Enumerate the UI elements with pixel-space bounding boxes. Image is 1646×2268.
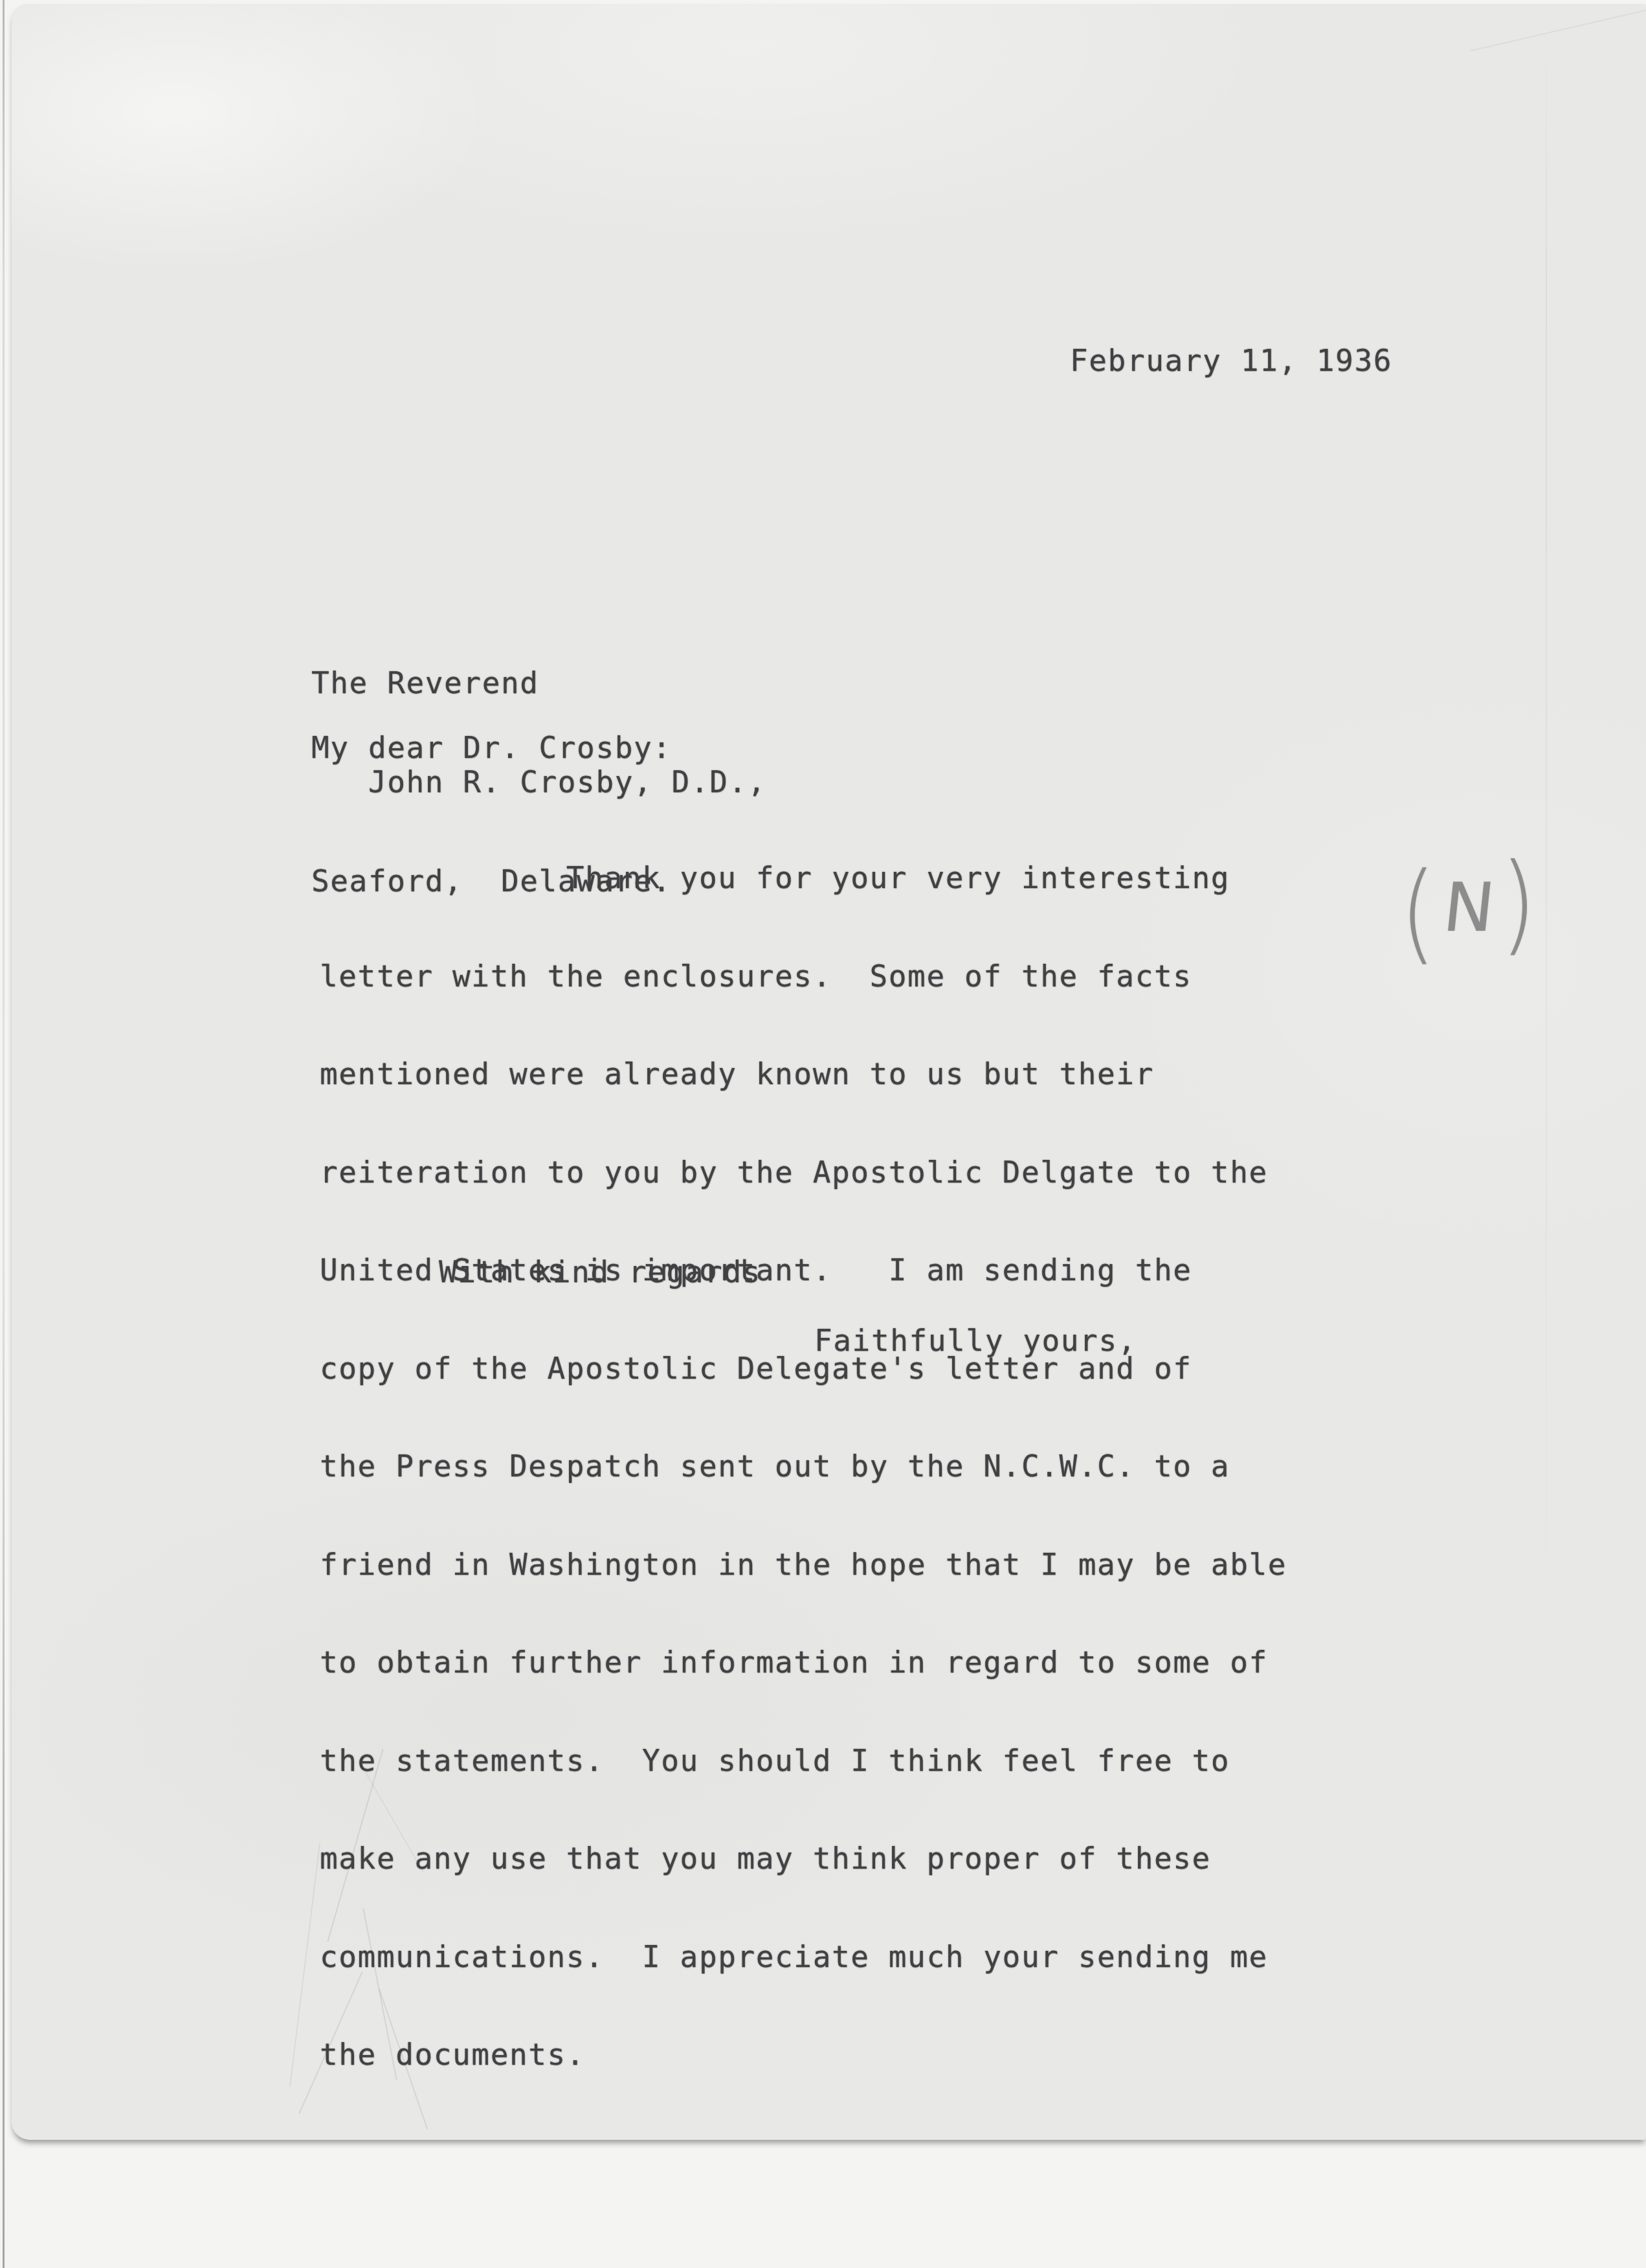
corner-crease — [1470, 10, 1646, 52]
annotation-open-paren: ( — [1400, 858, 1436, 967]
date-line: February 11, 1936 — [1070, 343, 1392, 378]
letter-body: Thank you for your very interesting lett… — [320, 796, 1287, 2137]
body-line: make any use that you may think proper o… — [320, 1842, 1287, 1875]
wrinkle-mark — [289, 1843, 320, 2087]
body-line: Thank you for your very interesting — [320, 862, 1287, 895]
closing-line: Faithfully yours, — [814, 1323, 1137, 1358]
pencil-annotation: ( N ) — [1397, 858, 1540, 967]
recipient-line: The Reverend — [311, 667, 766, 700]
body-line: communications. I appreciate much your s… — [320, 1940, 1287, 1973]
body-line: the documents. — [320, 2038, 1287, 2071]
letter-paper: February 11, 1936 The Reverend John R. C… — [12, 4, 1646, 2140]
body-line: copy of the Apostolic Delegate's letter … — [320, 1352, 1287, 1385]
body-line: friend in Washington in the hope that I … — [320, 1548, 1287, 1581]
paper-fold-crease — [1546, 30, 1547, 1687]
body-line: the statements. You should I think feel … — [320, 1744, 1287, 1777]
scan-edge-line — [3, 0, 5, 2268]
salutation: My dear Dr. Crosby: — [311, 730, 672, 765]
body-line: the Press Despatch sent out by the N.C.W… — [320, 1450, 1287, 1483]
body-line: to obtain further information in regard … — [320, 1646, 1287, 1679]
annotation-close-paren: ) — [1500, 849, 1537, 958]
body-line: letter with the enclosures. Some of the … — [320, 960, 1287, 993]
scanned-letter-page: February 11, 1936 The Reverend John R. C… — [0, 0, 1646, 2268]
body-line: reiteration to you by the Apostolic Delg… — [320, 1156, 1287, 1189]
recipient-line: John R. Crosby, D.D., — [311, 766, 766, 799]
body-line: mentioned were already known to us but t… — [320, 1058, 1287, 1091]
regards-line: With kind regards — [439, 1254, 761, 1289]
annotation-letter: N — [1440, 874, 1498, 941]
